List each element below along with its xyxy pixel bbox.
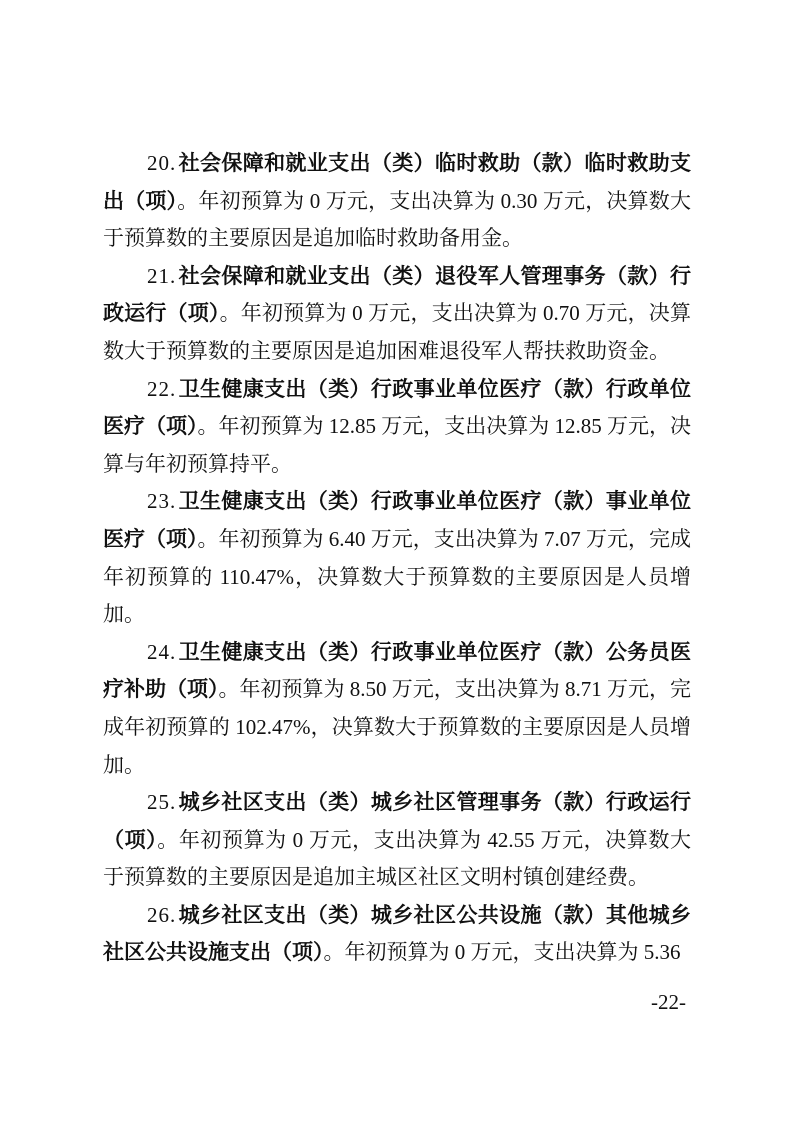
item-body: 。年初预算为 0 万元，支出决算为 0.30 万元，决算数大于预算数的主要原因是… (103, 189, 691, 251)
item-body: 。年初预算为 0 万元，支出决算为 5.36 (324, 940, 681, 964)
document-page: 20.社会保障和就业支出（类）临时救助（款）临时救助支出（项）。年初预算为 0 … (0, 0, 793, 1122)
item-number: 25. (147, 790, 178, 814)
item-number: 23. (147, 489, 178, 513)
paragraph-item-23: 23.卫生健康支出（类）行政事业单位医疗（款）事业单位医疗（项）。年初预算为 6… (103, 483, 691, 633)
document-body: 20.社会保障和就业支出（类）临时救助（款）临时救助支出（项）。年初预算为 0 … (103, 145, 691, 972)
item-number: 24. (147, 640, 178, 664)
item-number: 22. (147, 377, 178, 401)
paragraph-item-20: 20.社会保障和就业支出（类）临时救助（款）临时救助支出（项）。年初预算为 0 … (103, 145, 691, 258)
item-number: 26. (147, 903, 178, 927)
item-number: 21. (147, 264, 178, 288)
paragraph-item-25: 25.城乡社区支出（类）城乡社区管理事务（款）行政运行（项）。年初预算为 0 万… (103, 784, 691, 897)
paragraph-item-26: 26.城乡社区支出（类）城乡社区公共设施（款）其他城乡社区公共设施支出（项）。年… (103, 897, 691, 972)
page-number: -22- (651, 990, 686, 1014)
paragraph-item-22: 22.卫生健康支出（类）行政事业单位医疗（款）行政单位医疗（项）。年初预算为 1… (103, 371, 691, 484)
item-body: 。年初预算为 0 万元，支出决算为 42.55 万元，决算数大于预算数的主要原因… (103, 828, 691, 890)
paragraph-item-21: 21.社会保障和就业支出（类）退役军人管理事务（款）行政运行（项）。年初预算为 … (103, 258, 691, 371)
paragraph-item-24: 24.卫生健康支出（类）行政事业单位医疗（款）公务员医疗补助（项）。年初预算为 … (103, 634, 691, 784)
item-number: 20. (147, 151, 178, 175)
